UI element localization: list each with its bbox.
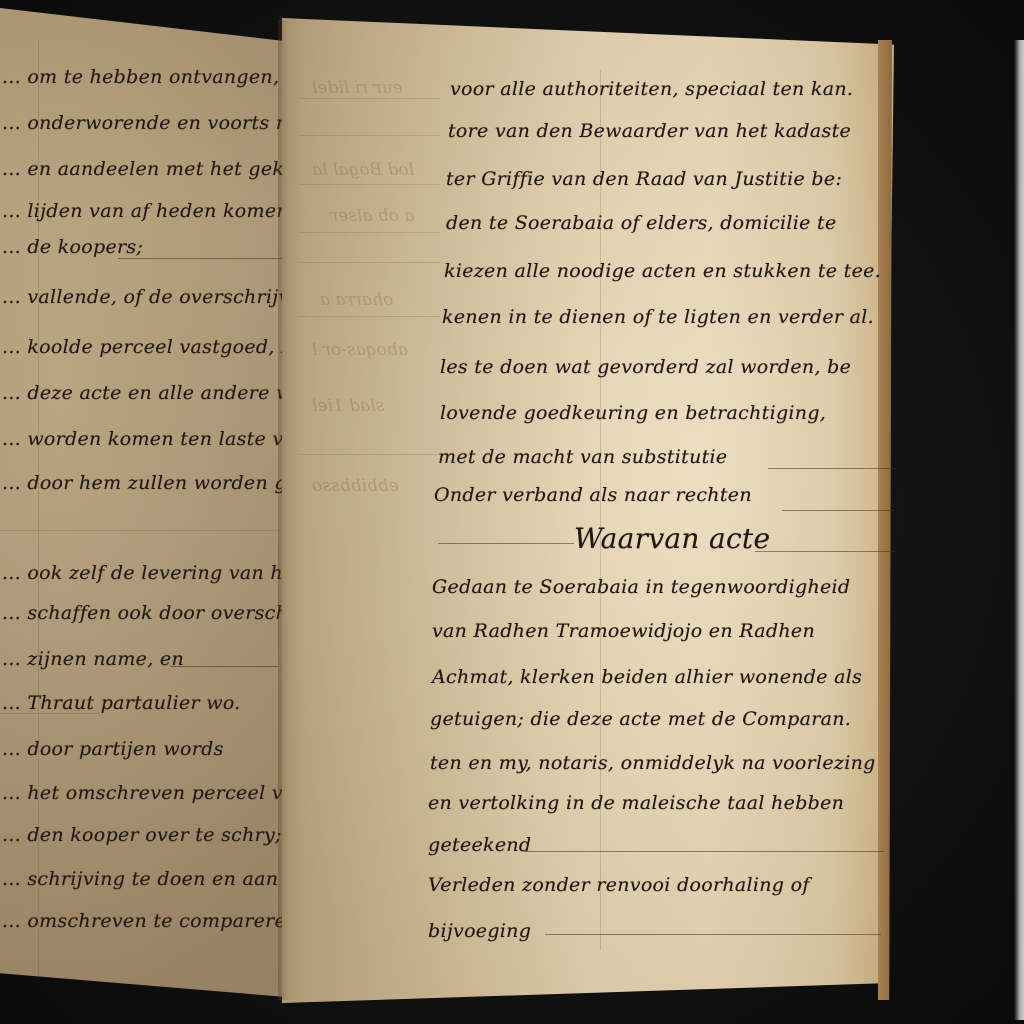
ledger-rule [300, 98, 440, 99]
ledger-rule [300, 232, 440, 233]
right-line-13: van Radhen Tramoewidjojo en Radhen [432, 620, 815, 642]
bleed-through-text: eur ri lidel [312, 78, 403, 98]
bleed-through-text: slad 1iel [312, 396, 384, 416]
right-line-1: voor alle authoriteiten, speciaal ten ka… [450, 78, 853, 100]
left-section-divider [0, 530, 280, 531]
left-line-8: ... deze acte en alle andere wet [2, 382, 312, 404]
left-fill-line-1 [118, 258, 283, 259]
left-line-5: ... de koopers; [2, 236, 143, 258]
right-line-6: kenen in te dienen of te ligten en verde… [442, 306, 874, 328]
bleed-through-text: lod Bogal la [312, 160, 414, 180]
waarvan-acte-heading: Waarvan acte [574, 522, 770, 555]
left-line-12: ... schaffen ook door overschry [2, 602, 309, 624]
left-line-16: ... het omschreven perceel vast, [2, 782, 319, 804]
left-line-15: ... door partijen words [2, 738, 224, 760]
ledger-rule [300, 135, 440, 136]
right-fill-line-3 [524, 851, 884, 852]
ledger-rule [300, 262, 440, 263]
right-line-14: Achmat, klerken beiden alhier wonende al… [432, 666, 862, 688]
ledger-rule [300, 454, 440, 455]
left-line-7: ... koolde perceel vastgoed, zoo [2, 336, 315, 358]
ledger-rule [300, 316, 440, 317]
right-line-5: kiezen alle noodige acten en stukken te … [444, 260, 881, 282]
right-fill-line-1 [768, 468, 896, 469]
right-line-2: tore van den Bewaarder van het kadaste [448, 120, 851, 142]
bleed-through-text: ebbibbsso [312, 476, 399, 496]
ledger-rule [300, 184, 440, 185]
left-fill-line-2 [170, 666, 278, 667]
left-line-9: ... worden komen ten laste van [2, 428, 308, 450]
left-line-18: ... schrijving te doen en aan te [2, 868, 304, 890]
right-line-15: getuigen; die deze acte met de Comparan. [430, 708, 851, 730]
bleed-through-text: a ob alser [330, 206, 415, 226]
right-line-9: met de macht van substitutie [438, 446, 727, 468]
right-line-16: ten en my, notaris, onmiddelyk na voorle… [430, 752, 876, 774]
left-line-19: ... omschreven te comparereren [2, 910, 320, 932]
right-line-4: den te Soerabaia of elders, domicilie te [446, 212, 837, 234]
right-fill-line-2 [782, 510, 894, 511]
left-line-13: ... zijnen name, en [2, 648, 184, 670]
left-line-17: ... den kooper over te schry; [2, 824, 282, 846]
right-line-17: en vertolking in de maleische taal hebbe… [428, 792, 844, 814]
left-line-14: ... Thraut partaulier wo. [2, 692, 241, 714]
bleed-through-text: oharra a [320, 290, 393, 310]
waarvan-right-rule [755, 551, 895, 552]
right-line-20: bijvoeging [428, 920, 531, 942]
right-line-18: geteekend [428, 834, 531, 856]
left-line-11: ... ook zelf de levering van het [2, 562, 302, 584]
right-fill-line-4 [545, 934, 881, 935]
waarvan-left-rule [438, 543, 574, 544]
right-line-19: Verleden zonder renvooi doorhaling of [428, 874, 810, 896]
right-line-8: lovende goedkeuring en betrachtiging, [440, 402, 826, 424]
left-line-6: ... vallende, of de overschrijving [2, 286, 321, 308]
right-page-column-line [600, 70, 601, 950]
bleed-through-text: aboqas-or l [312, 340, 408, 360]
right-line-3: ter Griffie van den Raad van Justitie be… [446, 168, 842, 190]
right-line-10: Onder verband als naar rechten [434, 484, 752, 506]
background-edge-highlight [1014, 40, 1024, 1020]
left-page [0, 8, 298, 998]
right-line-12: Gedaan te Soerabaia in tegenwoordigheid [432, 576, 850, 598]
book-gutter [278, 20, 304, 1000]
right-line-7: les te doen wat gevorderd zal worden, be [440, 356, 851, 378]
